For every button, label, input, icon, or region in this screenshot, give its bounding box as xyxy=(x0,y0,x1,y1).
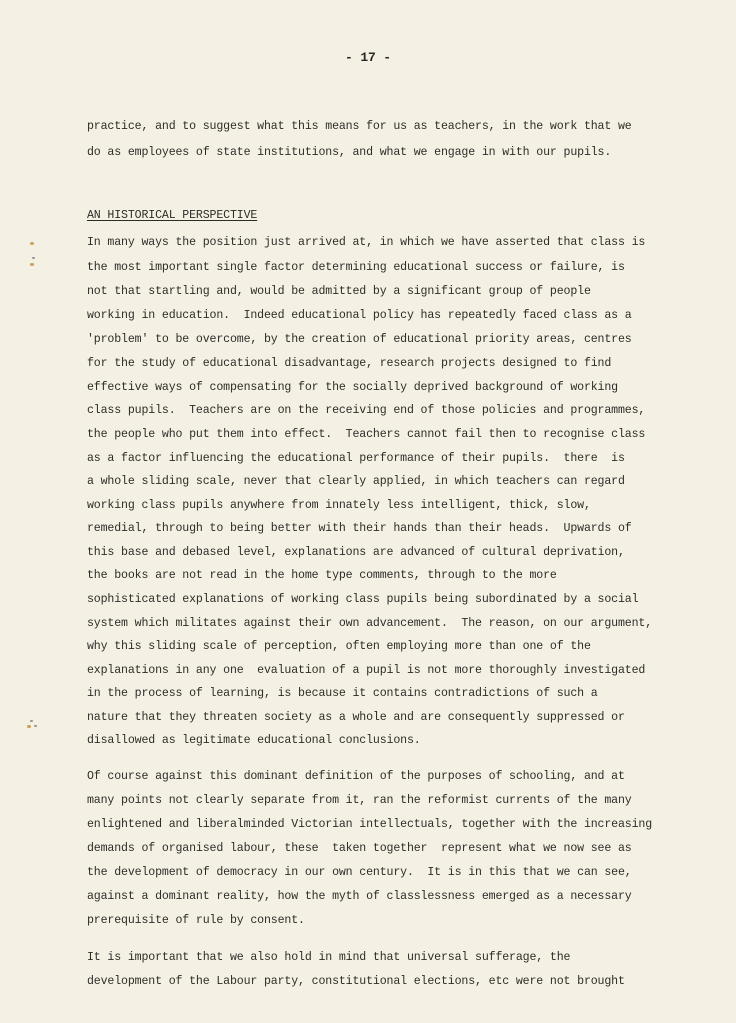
intro-line: do as employees of state institutions, a… xyxy=(87,146,611,160)
paragraph-1-line: effective ways of compensating for the s… xyxy=(87,381,618,395)
paragraph-2-line: Of course against this dominant definiti… xyxy=(87,770,625,784)
paragraph-3-line: It is important that we also hold in min… xyxy=(87,951,570,965)
paragraph-1-line: In many ways the position just arrived a… xyxy=(87,236,645,250)
paragraph-1-line: for the study of educational disadvantag… xyxy=(87,357,611,371)
paragraph-2-line: demands of organised labour, these taken… xyxy=(87,842,632,856)
paragraph-2-line: prerequisite of rule by consent. xyxy=(87,914,305,928)
paragraph-2-line: against a dominant reality, how the myth… xyxy=(87,890,632,904)
paragraph-1-line: remedial, through to being better with t… xyxy=(87,522,632,536)
margin-speck xyxy=(34,725,37,727)
paragraph-1-line: explanations in any one evaluation of a … xyxy=(87,664,645,678)
paragraph-1-line: as a factor influencing the educational … xyxy=(87,452,625,466)
page-number: - 17 - xyxy=(0,50,736,65)
paragraph-1-line: the books are not read in the home type … xyxy=(87,569,557,583)
paragraph-2-line: the development of democracy in our own … xyxy=(87,866,632,880)
margin-speck xyxy=(30,263,34,266)
paragraph-1-line: the people who put them into effect. Tea… xyxy=(87,428,645,442)
paragraph-1-line: in the process of learning, is because i… xyxy=(87,687,598,701)
paragraph-1-line: working class pupils anywhere from innat… xyxy=(87,499,591,513)
document-page: - 17 - practice, and to suggest what thi… xyxy=(0,0,736,1023)
paragraph-1-line: system which militates against their own… xyxy=(87,617,652,631)
paragraph-1-line: sophisticated explanations of working cl… xyxy=(87,593,638,607)
paragraph-2-line: many points not clearly separate from it… xyxy=(87,794,632,808)
section-heading: AN HISTORICAL PERSPECTIVE xyxy=(87,209,257,223)
paragraph-1-line: not that startling and, would be admitte… xyxy=(87,285,591,299)
intro-line: practice, and to suggest what this means… xyxy=(87,120,632,134)
paragraph-3-line: development of the Labour party, constit… xyxy=(87,975,625,989)
paragraph-1-line: nature that they threaten society as a w… xyxy=(87,711,625,725)
margin-speck xyxy=(30,242,34,245)
paragraph-1-line: a whole sliding scale, never that clearl… xyxy=(87,475,625,489)
margin-speck xyxy=(32,257,35,259)
margin-speck xyxy=(27,725,31,728)
margin-speck xyxy=(30,720,33,722)
paragraph-1-line: why this sliding scale of perception, of… xyxy=(87,640,591,654)
paragraph-1-line: class pupils. Teachers are on the receiv… xyxy=(87,404,645,418)
paragraph-1-line: working in education. Indeed educational… xyxy=(87,309,632,323)
paragraph-1-line: disallowed as legitimate educational con… xyxy=(87,734,421,748)
paragraph-1-line: 'problem' to be overcome, by the creatio… xyxy=(87,333,632,347)
paragraph-1-line: this base and debased level, explanation… xyxy=(87,546,625,560)
paragraph-2-line: enlightened and liberalminded Victorian … xyxy=(87,818,652,832)
paragraph-1-line: the most important single factor determi… xyxy=(87,261,625,275)
